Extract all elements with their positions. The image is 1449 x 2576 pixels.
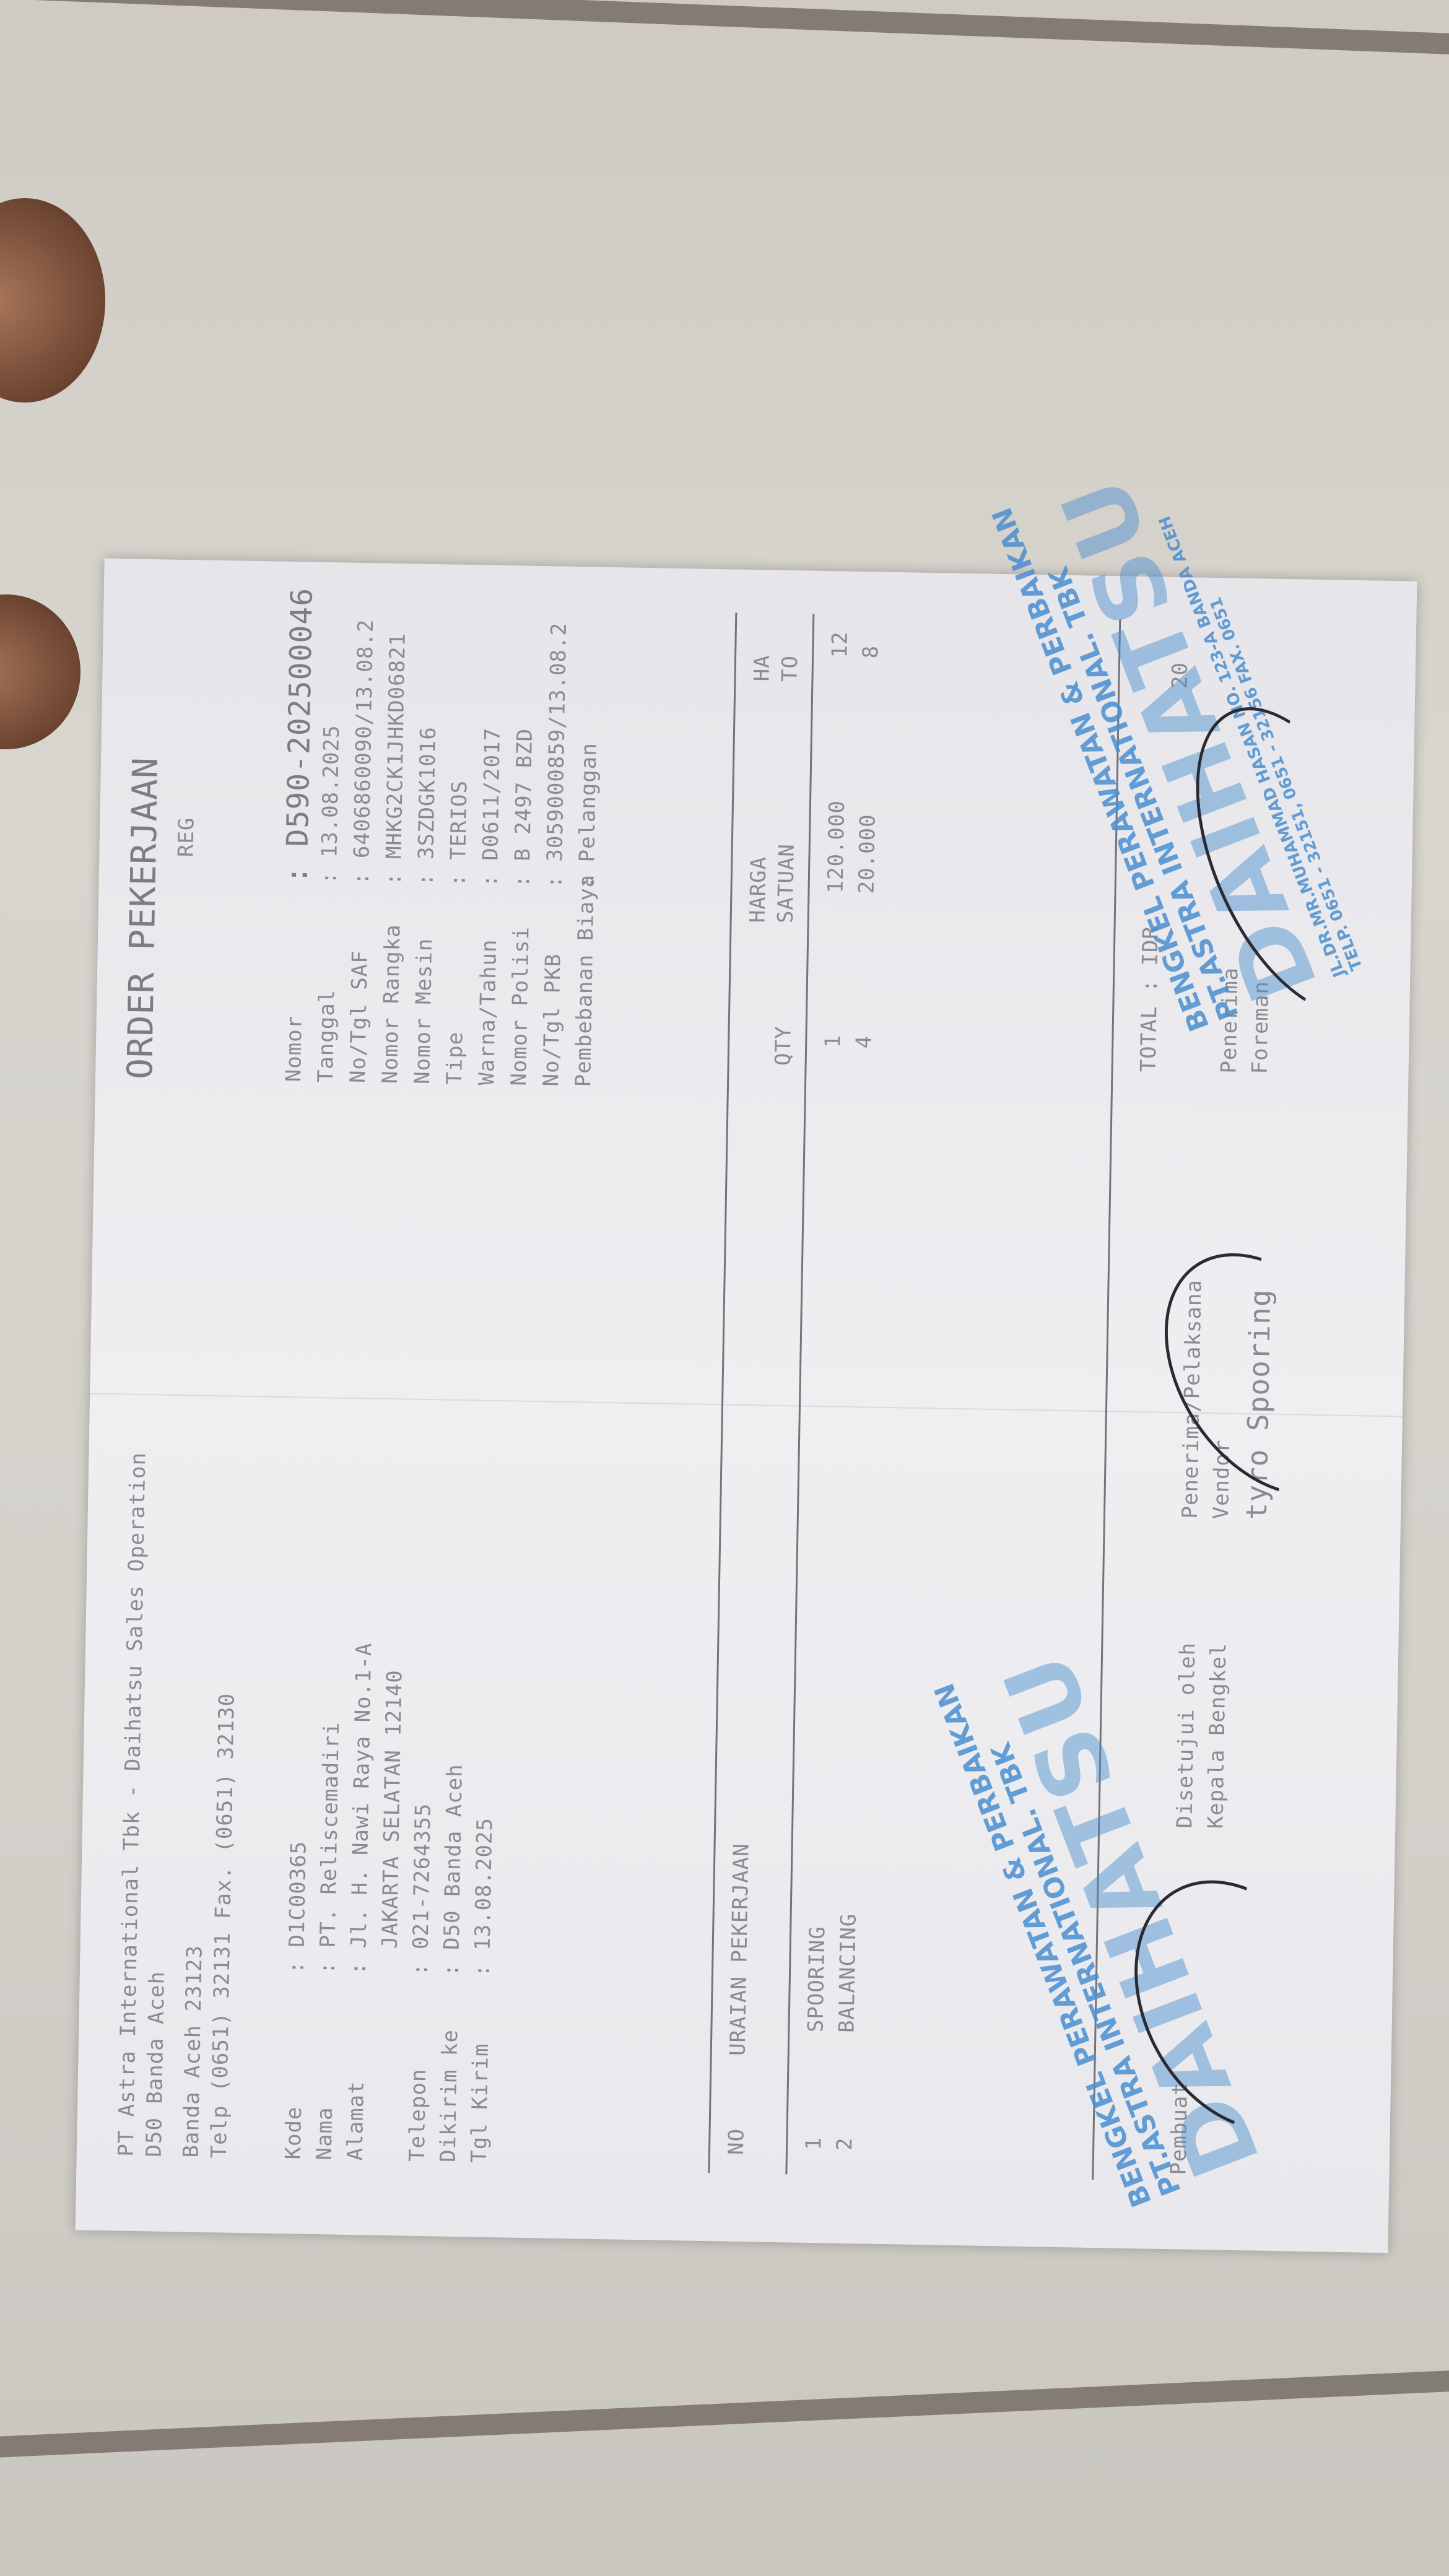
order-field-label: Tanggal — [313, 989, 340, 1082]
order-field-value: : 3SZDGK1016 — [414, 726, 441, 886]
sig-disetujui: Disetujui oleh — [1172, 1642, 1200, 1829]
customer-field-label: Kode — [281, 2106, 307, 2160]
col-total-2: TO — [777, 655, 803, 682]
signature-scribble — [1121, 1214, 1419, 1535]
work-order-document: PT Astra International Tbk - Daihatsu Sa… — [76, 559, 1417, 2253]
col-uraian: URAIAN PEKERJAAN — [726, 1843, 754, 2056]
customer-field-value: : D1C00365 — [284, 1840, 311, 1973]
order-field-value: : D590-202500046 — [280, 587, 320, 884]
order-field-value: : MHKG2CK1JHKD06821 — [381, 633, 411, 886]
order-field-value: : Pelanggan — [575, 742, 602, 889]
order-field-label: Nomor Mesin — [410, 938, 437, 1084]
col-harga: HARGA — [746, 856, 772, 923]
order-field-label: No/Tgl PKB — [539, 953, 566, 1086]
company-branch: D50 Banda Aceh — [142, 1971, 170, 2157]
row-harga: 20.000 — [854, 814, 880, 894]
order-field-label: Nomor Polisi — [507, 926, 534, 1086]
customer-field-value: JAKARTA SELATAN 12140 — [377, 1669, 407, 1975]
order-field-value: : B 2497 BZD — [510, 728, 537, 888]
order-field-label: Nomor — [281, 1015, 307, 1082]
customer-field-value: : D50 Banda Aceh — [439, 1764, 468, 1977]
order-field-value: : D0611/2017 — [478, 728, 505, 887]
customer-field-value: : PT. Reliscemadiri — [315, 1721, 344, 1975]
order-field-value: : TERIOS — [446, 780, 472, 887]
row-qty: 4 — [851, 1035, 876, 1048]
floor-seam — [0, 2367, 1449, 2458]
customer-field-value: : 021-7264355 — [408, 1803, 436, 1977]
order-field-value: : 13.08.2025 — [317, 724, 344, 884]
floor-seam — [0, 0, 1449, 57]
customer-field-value: : Jl. H. Nawi Raya No.1-A — [346, 1642, 376, 1975]
customer-field-label: Alamat — [343, 2081, 369, 2161]
company-phone: Telp (0651) 32131 Fax. (0651) 32130 — [207, 1693, 240, 2159]
row-qty: 1 — [820, 1035, 845, 1048]
document-title: ORDER PEKERJAAN — [120, 757, 166, 1080]
row-total: 8 — [858, 645, 883, 658]
order-field-value: : 6406860090/13.08.2 — [349, 619, 378, 885]
order-field-value: : 3059000859/13.08.2 — [542, 622, 572, 889]
row-no: 2 — [832, 2137, 857, 2151]
row-total: 12 — [827, 631, 853, 658]
row-no: 1 — [801, 2136, 826, 2150]
order-field-label: Nomor Rangka — [378, 924, 405, 1084]
row-harga: 120.000 — [823, 800, 850, 894]
col-no: NO — [724, 2128, 749, 2156]
row-uraian: BALANCING — [834, 1913, 861, 2033]
col-satuan: SATUAN — [773, 843, 799, 924]
order-field-label: Pembebanan Biaya — [571, 874, 599, 1087]
customer-field-label: Nama — [312, 2107, 337, 2160]
order-field-label: No/Tgl SAF — [346, 950, 373, 1083]
row-uraian: SPOORING — [803, 1926, 830, 2032]
finger — [0, 594, 80, 749]
document-subtitle: REG — [173, 817, 199, 857]
customer-field-value: : 13.08.2025 — [470, 1817, 497, 1977]
col-total: HA — [749, 655, 775, 682]
sig-kepala: Kepala Bengkel — [1203, 1642, 1231, 1829]
customer-field-label: Tgl Kirim — [467, 2043, 494, 2163]
finger — [0, 198, 105, 402]
customer-field-label: Dikirim ke — [436, 2029, 463, 2162]
customer-field-label: Telepon — [405, 2068, 432, 2162]
order-field-label: Tipe — [442, 1031, 468, 1085]
company-city: Banda Aceh 23123 — [179, 1945, 207, 2158]
col-qty: QTY — [771, 1025, 796, 1066]
order-field-label: Warna/Tahun — [474, 939, 502, 1086]
